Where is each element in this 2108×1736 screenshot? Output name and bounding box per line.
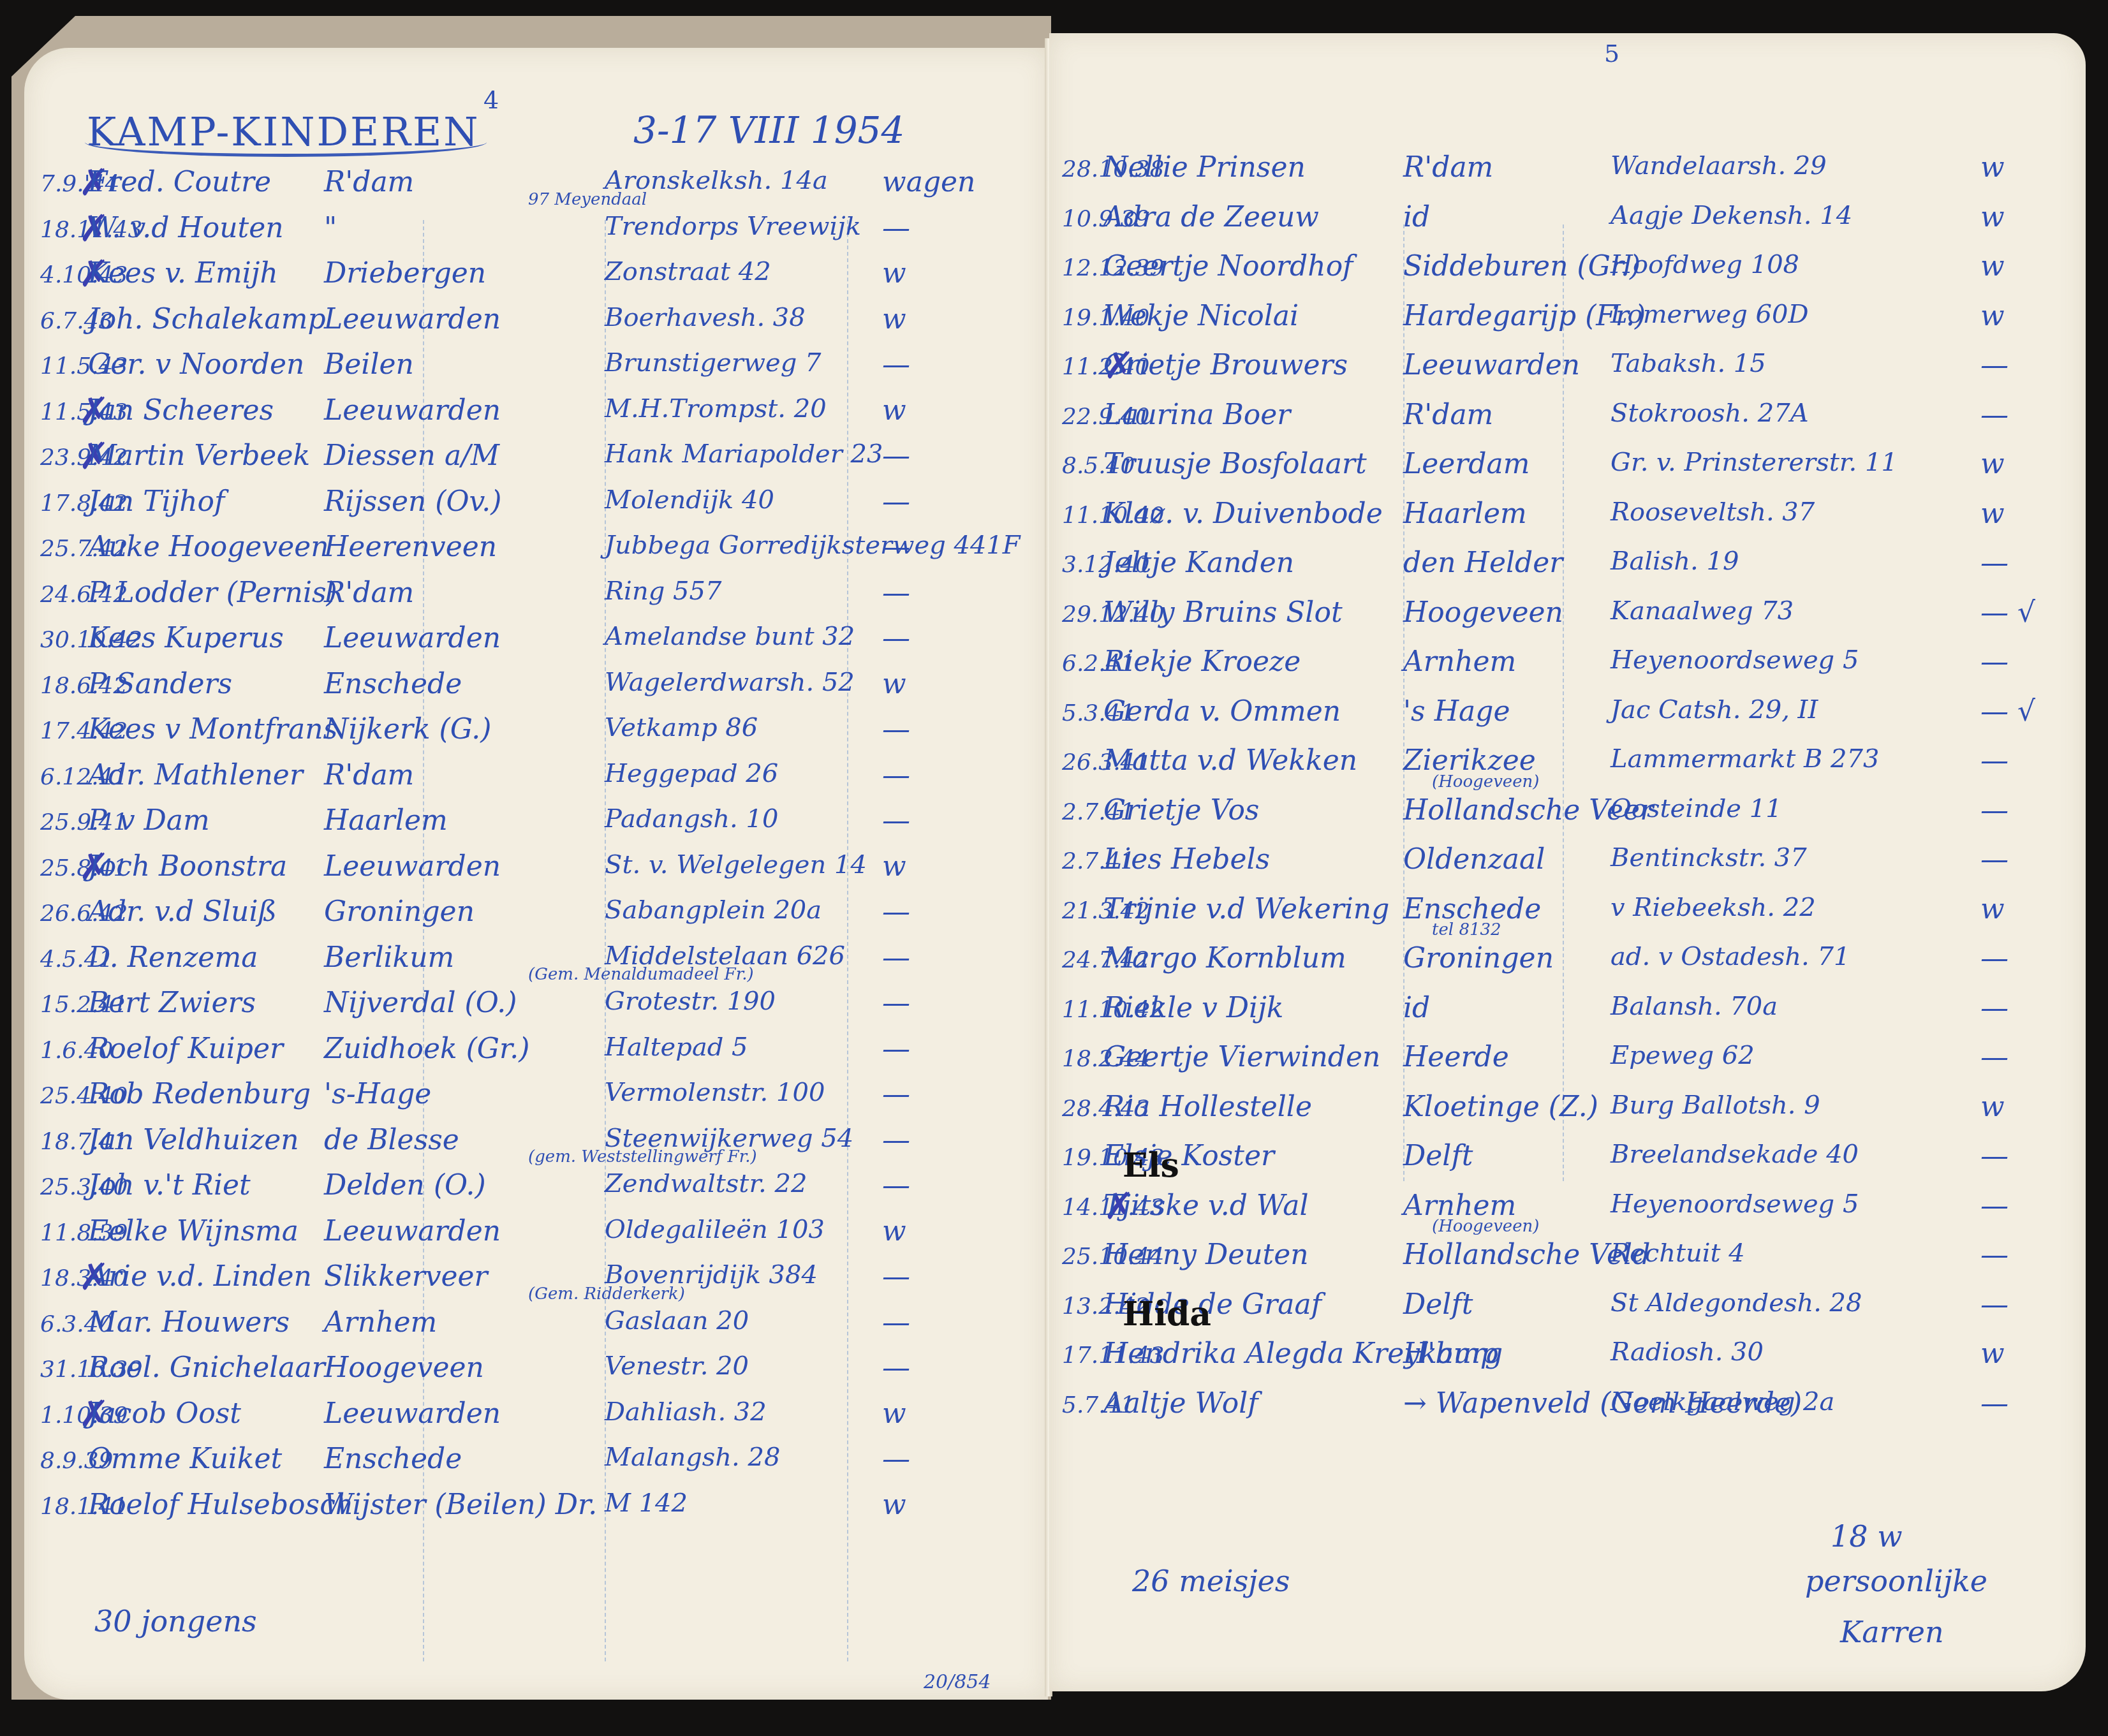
status-mark: — bbox=[882, 941, 910, 974]
child-name: Kees v. Emijh bbox=[88, 257, 278, 290]
list-item: 18.6.42 P Sanders Enschede Wagelerdwarsh… bbox=[24, 668, 1048, 712]
list-item: 17.4.42 Kees v Montfrans Nijkerk (G.) Ve… bbox=[24, 713, 1048, 758]
list-item: 28.4.43 Ria Hollestelle Kloetinge (Z.) B… bbox=[1049, 1091, 2086, 1135]
city: Delden (O.) bbox=[324, 1169, 486, 1202]
list-item: 6.2.41 Riekje Kroeze Arnhem Heyenoordsew… bbox=[1049, 645, 2086, 690]
status-mark: w bbox=[1980, 893, 2005, 925]
city: R'dam bbox=[1403, 151, 1493, 184]
status-mark: w bbox=[882, 850, 906, 883]
child-name: W. v.d Houten bbox=[88, 212, 284, 244]
pencil-overwrite: Hida bbox=[1123, 1295, 1211, 1334]
city: Haarlem bbox=[1403, 497, 1527, 530]
list-item: 22.9.40 Laurina Boer R'dam Stokroosh. 27… bbox=[1049, 399, 2086, 443]
address: St Aldegondesh. 28 bbox=[1610, 1288, 1862, 1318]
address: Boerhavesh. 38 bbox=[605, 303, 806, 332]
annotation: tel 8132 bbox=[1432, 920, 1501, 939]
status-mark: — bbox=[882, 577, 910, 609]
summary-karren: Karren bbox=[1840, 1615, 1944, 1649]
city: 's Hage bbox=[1403, 695, 1510, 728]
child-name: Adr. v.d Sluiß bbox=[88, 895, 277, 928]
city: R'dam bbox=[324, 759, 414, 791]
child-name: Joh v.'t Riet bbox=[88, 1169, 251, 1202]
list-item: 8.5.40 Truusje Bosfolaart Leerdam Gr. v.… bbox=[1049, 448, 2086, 492]
address: Hank Mariapolder 23 bbox=[605, 439, 883, 469]
list-item: 30.10.42 Kees Kuperus Leeuwarden Ameland… bbox=[24, 622, 1048, 666]
city: Leerdam bbox=[1403, 448, 1529, 480]
status-mark: — bbox=[882, 1124, 910, 1156]
status-mark: — bbox=[882, 1443, 910, 1475]
city: Kloetinge (Z.) bbox=[1403, 1091, 1598, 1123]
status-mark: w bbox=[1980, 448, 2005, 480]
list-item: 2.7.41 Grietje Vos Hollandsche Veer Oost… bbox=[1049, 794, 2086, 839]
address: ad. v Ostadesh. 71 bbox=[1610, 942, 1850, 971]
address: Sabangplein 20a bbox=[605, 895, 822, 925]
child-name: Grietje Vos bbox=[1103, 794, 1259, 827]
status-mark: — bbox=[1980, 547, 2008, 579]
status-mark: — bbox=[882, 1306, 910, 1339]
summary-w: 18 w bbox=[1831, 1519, 1903, 1554]
list-item: 12.12.39 Geertje Noordhof Siddeburen (Gr… bbox=[1049, 250, 2086, 295]
list-item: 11.5.43 ✗ Jan Scheeres Leeuwarden M.H.Tr… bbox=[24, 394, 1048, 439]
address: Vermolenstr. 100 bbox=[605, 1078, 825, 1107]
child-name: Jan Tijhof bbox=[88, 485, 225, 518]
list-item: 25.9.41 P. v Dam Haarlem Padangsh. 10 — bbox=[24, 804, 1048, 849]
address: Venestr. 20 bbox=[605, 1351, 749, 1381]
city: R'dam bbox=[1403, 399, 1493, 431]
address: Bentinckstr. 37 bbox=[1610, 843, 1807, 872]
child-name: Lies Hebels bbox=[1103, 843, 1270, 876]
status-mark: — bbox=[882, 348, 910, 381]
date-range: 3-17 VIII 1954 bbox=[633, 108, 904, 152]
list-item: 2.7.41 Lies Hebels Oldenzaal Bentinckstr… bbox=[1049, 843, 2086, 888]
list-item: 11.8.39 Eelke Wijnsma Leeuwarden Oldegal… bbox=[24, 1215, 1048, 1260]
status-mark: — √ bbox=[1980, 695, 2035, 728]
address: Wagelerdwarsh. 52 bbox=[605, 668, 855, 697]
city: Driebergen bbox=[324, 257, 486, 290]
status-mark: — bbox=[1980, 1041, 2008, 1073]
child-name: Fred. Coutre bbox=[88, 166, 271, 198]
status-mark: — bbox=[1980, 794, 2008, 827]
address: Gaslaan 20 bbox=[605, 1306, 749, 1335]
list-item: 5.7.41 Aaltje Wolf → Wapenveld (Gem Heer… bbox=[1049, 1387, 2086, 1432]
child-name: Roelof Hulsebosch bbox=[88, 1489, 353, 1521]
city: den Helder bbox=[1403, 547, 1563, 579]
list-item: 6.7.43 Joh. Schalekamp Leeuwarden Boerha… bbox=[24, 303, 1048, 348]
address: Grotestr. 190 bbox=[605, 987, 776, 1016]
address: Molendijk 40 bbox=[605, 485, 774, 515]
list-item: 11.10.40 Klaz. v. Duivenbode Haarlem Roo… bbox=[1049, 497, 2086, 542]
status-mark: w bbox=[882, 668, 906, 700]
status-mark: — bbox=[882, 1078, 910, 1110]
child-name: Bert Zwiers bbox=[88, 987, 256, 1019]
status-mark: — √ bbox=[1980, 596, 2035, 629]
city: Delft bbox=[1403, 1288, 1473, 1321]
pencil-overwrite: Els bbox=[1123, 1146, 1179, 1185]
city: Hardegarijp (Fr.) bbox=[1403, 300, 1646, 332]
address: Trendorps Vreewijk bbox=[605, 212, 861, 241]
list-item: 8.9.39 Omme Kuiket Enschede Malangsh. 28… bbox=[24, 1443, 1048, 1487]
child-name: Aaltje Wolf bbox=[1103, 1387, 1258, 1420]
status-mark: — bbox=[882, 895, 910, 928]
annotation: (gem. Weststellingwerf Fr.) bbox=[528, 1147, 757, 1166]
address: Zendwaltstr. 22 bbox=[605, 1169, 807, 1198]
address: Oldegalileën 103 bbox=[605, 1215, 825, 1244]
child-name: P Lodder (Pernis) bbox=[88, 577, 337, 609]
status-mark: w bbox=[1980, 1337, 2005, 1370]
address: Dahliash. 32 bbox=[605, 1397, 767, 1427]
child-name: Jeltje Kanden bbox=[1103, 547, 1294, 579]
status-mark: — bbox=[882, 1169, 910, 1202]
city: R'dam bbox=[324, 166, 414, 198]
status-mark: — bbox=[1980, 1140, 2008, 1172]
address: Padangsh. 10 bbox=[605, 804, 778, 834]
annotation: 97 Meyendaal bbox=[528, 190, 647, 209]
list-item: 28.10.38 Nellie Prinsen R'dam Wandelaars… bbox=[1049, 151, 2086, 196]
status-mark: wagen bbox=[882, 166, 975, 198]
address: Lomerweg 60D bbox=[1610, 300, 1809, 329]
child-name: Adra de Zeeuw bbox=[1103, 201, 1319, 233]
child-name: D. Renzema bbox=[88, 941, 258, 974]
list-item: 29.12.40 Willy Bruins Slot Hoogeveen Kan… bbox=[1049, 596, 2086, 641]
status-mark: w bbox=[882, 1215, 906, 1247]
list-item: 19.1.40 Wekje Nicolai Hardegarijp (Fr.) … bbox=[1049, 300, 2086, 344]
address: Vetkamp 86 bbox=[605, 713, 758, 742]
status-mark: — bbox=[1980, 992, 2008, 1024]
city: Leeuwarden bbox=[324, 303, 501, 335]
address: Stokroosh. 27A bbox=[1610, 399, 1809, 428]
city: Leeuwarden bbox=[324, 1215, 501, 1247]
status-mark: — bbox=[882, 1351, 910, 1384]
list-item: 31.10.39 Roel. Gnichelaar Hoogeveen Vene… bbox=[24, 1351, 1048, 1396]
annotation: (Hoogeveen) bbox=[1432, 772, 1540, 791]
child-name: Nellie Prinsen bbox=[1103, 151, 1306, 184]
city: Beilen bbox=[324, 348, 414, 381]
address: Hoofdweg 108 bbox=[1610, 250, 1799, 279]
child-name: Truusje Bosfolaart bbox=[1103, 448, 1367, 480]
list-item: 17.11.43 Hendrika Alegda Kreykamp H'burg… bbox=[1049, 1337, 2086, 1382]
address: Gr. v. Prinstererstr. 11 bbox=[1610, 448, 1898, 477]
list-item: 10.9.39 Adra de Zeeuw id Aagje Dekensh. … bbox=[1049, 201, 2086, 246]
child-name: Geertje Noordhof bbox=[1103, 250, 1353, 283]
list-item: 17.8.42 Jan Tijhof Rijssen (Ov.) Molendi… bbox=[24, 485, 1048, 530]
address: Radiosh. 30 bbox=[1610, 1337, 1764, 1367]
list-item: 13.2.42 Hidde de Graaf Delft St Aldegond… bbox=[1049, 1288, 2086, 1333]
girls-total: 26 meisjes bbox=[1132, 1564, 1290, 1598]
list-item: 6.12.41 Adr. Mathlener R'dam Heggepad 26… bbox=[24, 759, 1048, 804]
list-item: 25.3.40 Joh v.'t Riet Delden (O.) Zendwa… bbox=[24, 1169, 1048, 1214]
child-name: Adr. Mathlener bbox=[88, 759, 303, 791]
address: Ring 557 bbox=[605, 577, 721, 606]
address: Rechtuit 4 bbox=[1610, 1239, 1745, 1268]
city: id bbox=[1403, 992, 1430, 1024]
city: de Blesse bbox=[324, 1124, 459, 1156]
list-item: 1.10.39 ✗ Jacob Oost Leeuwarden Dahliash… bbox=[24, 1397, 1048, 1442]
status-mark: — bbox=[1980, 744, 2008, 777]
address: Epeweg 62 bbox=[1610, 1041, 1755, 1070]
city: H'burg bbox=[1403, 1337, 1503, 1370]
status-mark: w bbox=[1980, 250, 2005, 283]
city: 's-Hage bbox=[324, 1078, 431, 1110]
right-page: 5 28.10.38 Nellie Prinsen R'dam Wandelaa… bbox=[1049, 33, 2086, 1691]
city: Haarlem bbox=[324, 804, 448, 837]
status-mark: — bbox=[1980, 942, 2008, 975]
list-item: 24.7.42 Margo Kornblum Groningen ad. v O… bbox=[1049, 942, 2086, 987]
address: Heggepad 26 bbox=[605, 759, 778, 788]
city: Wijster (Beilen) Dr. bbox=[324, 1489, 597, 1521]
child-name: Grietje Brouwers bbox=[1103, 349, 1348, 381]
address: St. v. Welgelegen 14 bbox=[605, 850, 867, 879]
address: Jac Catsh. 29, II bbox=[1610, 695, 1818, 725]
address: Balansh. 70a bbox=[1610, 992, 1778, 1021]
city: Berlikum bbox=[324, 941, 454, 974]
child-name: P Sanders bbox=[88, 668, 232, 700]
city: Oldenzaal bbox=[1403, 843, 1545, 876]
child-name: Wekje Nicolai bbox=[1103, 300, 1299, 332]
child-name: Joh. Schalekamp bbox=[88, 303, 326, 335]
status-mark: w bbox=[882, 303, 906, 335]
list-item: 25.4.40 Rob Redenburg 's-Hage Vermolenst… bbox=[24, 1078, 1048, 1122]
list-item: 19.10.43 Elsje Koster Delft Breelandseka… bbox=[1049, 1140, 2086, 1184]
address: Lammermarkt B 273 bbox=[1610, 744, 1879, 774]
child-name: Jan Scheeres bbox=[88, 394, 274, 427]
city: Hoogeveen bbox=[324, 1351, 484, 1384]
status-mark: — bbox=[882, 759, 910, 791]
annotation: (Gem. Menaldumadeel Fr.) bbox=[528, 965, 754, 984]
list-item: 21.3.42 Trijnie v.d Wekering Enschede v … bbox=[1049, 893, 2086, 938]
city: Leeuwarden bbox=[324, 850, 501, 883]
list-item: 18.11.43 ✗ W. v.d Houten " Trendorps Vre… bbox=[24, 212, 1048, 256]
address: Breelandsekade 40 bbox=[1610, 1140, 1859, 1169]
address: Brunstigerweg 7 bbox=[605, 348, 822, 378]
child-name: Jan Veldhuizen bbox=[88, 1124, 299, 1156]
child-name: Jacob Oost bbox=[88, 1397, 241, 1430]
status-mark: — bbox=[1980, 843, 2008, 876]
status-mark: w bbox=[882, 1397, 906, 1430]
child-name: Klaz. v. Duivenbode bbox=[1103, 497, 1383, 530]
address: Zonstraat 42 bbox=[605, 257, 771, 286]
city: Slikkerveer bbox=[324, 1260, 488, 1293]
child-name: Riekle v Dijk bbox=[1103, 992, 1284, 1024]
address: Heyenoordseweg 5 bbox=[1610, 645, 1859, 675]
status-mark: — bbox=[1980, 1189, 2008, 1222]
child-name: Omme Kuiket bbox=[88, 1443, 282, 1475]
status-mark: — bbox=[882, 987, 910, 1019]
city: Arnhem bbox=[324, 1306, 437, 1339]
child-name: Henny Deuten bbox=[1103, 1239, 1309, 1271]
child-name: Auke Hoogeveen bbox=[88, 531, 329, 563]
child-name: Willy Bruins Slot bbox=[1103, 596, 1343, 629]
status-mark: — bbox=[882, 1260, 910, 1293]
list-item: 23.9.42 ✗ Martin Verbeek Diessen a/M Han… bbox=[24, 439, 1048, 484]
address: v Riebeeksh. 22 bbox=[1610, 893, 1816, 922]
list-item: 15.2.41 Bert Zwiers Nijverdal (O.) Grote… bbox=[24, 987, 1048, 1031]
address: M.H.Trompst. 20 bbox=[605, 394, 827, 423]
address: Jubbega Gorredijksterweg 441F bbox=[605, 531, 1021, 560]
child-name: Geertje Vierwinden bbox=[1103, 1041, 1380, 1073]
child-name: Margo Kornblum bbox=[1103, 942, 1346, 975]
city: Zuidhoek (Gr.) bbox=[324, 1033, 529, 1065]
child-name: Rob Redenburg bbox=[88, 1078, 311, 1110]
city: Heerenveen bbox=[324, 531, 497, 563]
address: Rooseveltsh. 37 bbox=[1610, 497, 1815, 527]
status-mark: — bbox=[1980, 399, 2008, 431]
address: Burg Ballotsh. 9 bbox=[1610, 1091, 1820, 1120]
status-mark: w bbox=[1980, 151, 2005, 184]
city: Arnhem bbox=[1403, 645, 1516, 678]
address: Haltepad 5 bbox=[605, 1033, 748, 1062]
boys-total: 30 jongens bbox=[94, 1604, 257, 1638]
city: id bbox=[1403, 201, 1430, 233]
child-name: Laurina Boer bbox=[1103, 399, 1290, 431]
address: Balish. 19 bbox=[1610, 547, 1739, 576]
child-name: Ger. v Noorden bbox=[88, 348, 304, 381]
list-item: 24.6.42 P Lodder (Pernis) R'dam Ring 557… bbox=[24, 577, 1048, 621]
city: Leeuwarden bbox=[324, 394, 501, 427]
list-item: 11.5.43 Ger. v Noorden Beilen Brunstiger… bbox=[24, 348, 1048, 393]
city: Enschede bbox=[324, 1443, 462, 1475]
summary-persoonlijke: persoonlijke bbox=[1805, 1564, 1987, 1598]
city: R'dam bbox=[324, 577, 414, 609]
city: Leeuwarden bbox=[1403, 349, 1580, 381]
list-item: 14.11.43 ✗ Tjitske v.d Wal Arnhem Heyeno… bbox=[1049, 1189, 2086, 1234]
city: Heerde bbox=[1403, 1041, 1509, 1073]
address: M 142 bbox=[605, 1489, 688, 1518]
left-page: KAMP-KINDEREN 4 3-17 VIII 1954 7.9.'44 ✗… bbox=[24, 48, 1048, 1700]
list-item: 18.2.44 Geertje Vierwinden Heerde Epeweg… bbox=[1049, 1041, 2086, 1085]
status-mark: — bbox=[882, 1033, 910, 1065]
address: Tabaksh. 15 bbox=[1610, 349, 1766, 378]
list-item: 26.3.41 Matta v.d Wekken Zierikzee Lamme… bbox=[1049, 744, 2086, 789]
page-number-right: 5 bbox=[1604, 40, 1619, 68]
city: Groningen bbox=[324, 895, 475, 928]
child-name: Joch Boonstra bbox=[88, 850, 287, 883]
page-number-left: 4 bbox=[483, 86, 499, 114]
child-name: Eelke Wijnsma bbox=[88, 1215, 299, 1247]
address: Heyenoordseweg 5 bbox=[1610, 1189, 1859, 1219]
city: Leeuwarden bbox=[324, 1397, 501, 1430]
child-name: Tjitske v.d Wal bbox=[1103, 1189, 1309, 1222]
address: Oosteinde 11 bbox=[1610, 794, 1782, 823]
city: Siddeburen (Gr.) bbox=[1403, 250, 1640, 283]
status-mark: w bbox=[882, 1489, 906, 1521]
annotation: (Gem. Ridderkerk) bbox=[528, 1284, 685, 1304]
status-mark: w bbox=[1980, 1091, 2005, 1123]
city: Delft bbox=[1403, 1140, 1473, 1172]
status-mark: w bbox=[882, 257, 906, 290]
child-name: Gerda v. Ommen bbox=[1103, 695, 1341, 728]
status-mark: — bbox=[1980, 1288, 2008, 1321]
status-mark: — bbox=[882, 212, 910, 244]
child-name: Trijnie v.d Wekering bbox=[1103, 893, 1389, 925]
status-mark: — bbox=[882, 804, 910, 837]
list-item: 26.6.42 Adr. v.d Sluiß Groningen Sabangp… bbox=[24, 895, 1048, 940]
address: Aagje Dekensh. 14 bbox=[1610, 201, 1852, 230]
list-item: 25.7.42 Auke Hoogeveen Heerenveen Jubbeg… bbox=[24, 531, 1048, 575]
status-mark: w bbox=[1980, 201, 2005, 233]
status-mark: — bbox=[882, 622, 910, 654]
list-item: 5.3.41 Gerda v. Ommen 's Hage Jac Catsh.… bbox=[1049, 695, 2086, 740]
status-mark: — bbox=[882, 531, 910, 563]
address: Kanaalweg 73 bbox=[1610, 596, 1794, 626]
child-name: Mar. Houwers bbox=[88, 1306, 290, 1339]
city: Nijkerk (G.) bbox=[324, 713, 492, 746]
city: Nijverdal (O.) bbox=[324, 987, 517, 1019]
list-item: 11.2.40 ✗ Grietje Brouwers Leeuwarden Ta… bbox=[1049, 349, 2086, 394]
status-mark: — bbox=[882, 713, 910, 746]
list-item: 1.6.40 Roelof Kuiper Zuidhoek (Gr.) Halt… bbox=[24, 1033, 1048, 1077]
annotation: (Hoogeveen) bbox=[1432, 1217, 1540, 1236]
status-mark: — bbox=[1980, 1387, 2008, 1420]
list-item: 11.10.42 Riekle v Dijk id Balansh. 70a — bbox=[1049, 992, 2086, 1036]
city: " bbox=[324, 212, 337, 244]
list-item: 6.3.40 Mar. Houwers Arnhem Gaslaan 20 — … bbox=[24, 1306, 1048, 1351]
child-name: Kees Kuperus bbox=[88, 622, 284, 654]
child-name: Arie v.d. Linden bbox=[88, 1260, 312, 1293]
address: Wandelaarsh. 29 bbox=[1610, 151, 1827, 180]
child-name: Roelof Kuiper bbox=[88, 1033, 283, 1065]
address: Noelkgaalweg 2a bbox=[1610, 1387, 1834, 1416]
list-item: 3.12.40 Jeltje Kanden den Helder Balish.… bbox=[1049, 547, 2086, 591]
city: Leeuwarden bbox=[324, 622, 501, 654]
child-name: Kees v Montfrans bbox=[88, 713, 337, 746]
list-item: 25.8.41 ✗ Joch Boonstra Leeuwarden St. v… bbox=[24, 850, 1048, 895]
city: Rijssen (Ov.) bbox=[324, 485, 501, 518]
child-name: Martin Verbeek bbox=[88, 439, 310, 472]
status-mark: w bbox=[1980, 300, 2005, 332]
status-mark: w bbox=[1980, 497, 2005, 530]
status-mark: — bbox=[882, 485, 910, 518]
status-mark: — bbox=[1980, 1239, 2008, 1271]
child-name: Roel. Gnichelaar bbox=[88, 1351, 325, 1384]
child-name: Matta v.d Wekken bbox=[1103, 744, 1357, 777]
status-mark: — bbox=[882, 439, 910, 472]
corner-note: 20/854 bbox=[924, 1671, 991, 1693]
child-name: Ria Hollestelle bbox=[1103, 1091, 1312, 1123]
child-name: Riekje Kroeze bbox=[1103, 645, 1301, 678]
city: Diessen a/M bbox=[324, 439, 499, 472]
city: Hoogeveen bbox=[1403, 596, 1563, 629]
child-name: P. v Dam bbox=[88, 804, 210, 837]
list-item: 18.1.41 Roelof Hulsebosch Wijster (Beile… bbox=[24, 1489, 1048, 1533]
city: Groningen bbox=[1403, 942, 1554, 975]
address: Malangsh. 28 bbox=[605, 1443, 780, 1472]
status-mark: — bbox=[1980, 349, 2008, 381]
address: Amelandse bunt 32 bbox=[605, 622, 855, 651]
list-item: 25.10.44 Henny Deuten Hollandsche Veld R… bbox=[1049, 1239, 2086, 1283]
city: Enschede bbox=[324, 668, 462, 700]
status-mark: w bbox=[882, 394, 906, 427]
status-mark: — bbox=[1980, 645, 2008, 678]
list-item: 4.10.43 ✗ Kees v. Emijh Driebergen Zonst… bbox=[24, 257, 1048, 302]
